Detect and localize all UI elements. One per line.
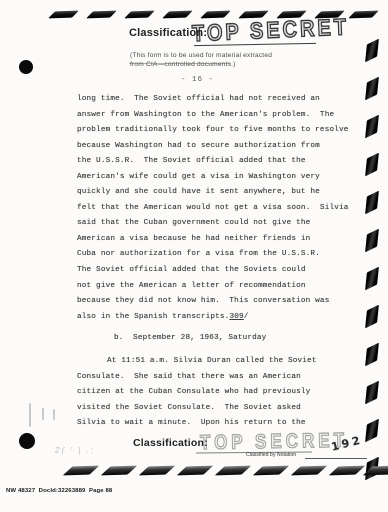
- pencil-mark: [53, 409, 55, 420]
- body-line: problem traditionally took four to five …: [77, 126, 345, 142]
- film-sprocket-mark: [63, 466, 100, 476]
- top-secret-stamp: TOP SECRET: [191, 15, 349, 48]
- film-sprocket-mark: [365, 419, 379, 443]
- body-line: At 11:51 a.m. Silvia Duran called the So…: [77, 357, 345, 373]
- film-sprocket-mark: [348, 11, 379, 19]
- pencil-mark: [42, 408, 44, 420]
- body-line: quickly and she could have it sent anywh…: [77, 188, 345, 204]
- film-sprocket-mark: [86, 11, 117, 19]
- body-paragraph-1: long time. The Soviet official had not r…: [77, 95, 345, 328]
- film-sprocket-mark: [139, 466, 176, 476]
- pencil-mark: [29, 403, 31, 427]
- body-line: felt that the American would not get a v…: [77, 204, 345, 220]
- body-line: Cuba nor authorization for a visa from t…: [77, 250, 345, 266]
- classified-by-label: Classified by Notation: [246, 452, 296, 458]
- hole-punch: [19, 433, 35, 449]
- film-sprocket-mark: [365, 381, 379, 405]
- film-sprocket-mark: [124, 11, 155, 19]
- form-note-line1: (This form is to be used for material ex…: [130, 51, 272, 60]
- film-sprocket-mark: [200, 11, 231, 19]
- archive-microprint: NW 48327 DocId:32263889 Page 88: [6, 488, 112, 493]
- film-sprocket-mark: [365, 267, 379, 291]
- film-sprocket-mark: [177, 466, 214, 476]
- film-sprocket-mark: [238, 11, 269, 19]
- body-line: American a visa because he had neither f…: [77, 235, 345, 251]
- footnote-slash: /: [244, 313, 249, 321]
- film-sprocket-mark: [215, 466, 252, 476]
- film-sprocket-mark: [48, 11, 79, 19]
- classification-label-bottom: Classification:: [133, 437, 208, 449]
- body-line: not give the American a letter of recomm…: [77, 282, 345, 298]
- scan-artifact-line: [129, 63, 231, 64]
- body-line: the U.S.S.R. The Soviet official added t…: [77, 157, 345, 173]
- film-sprocket-mark: [365, 115, 379, 139]
- page-number: - 16 -: [181, 76, 214, 84]
- film-sprocket-mark: [365, 153, 379, 177]
- body-line: because Washington had to secure authori…: [77, 142, 345, 158]
- footnote-reference: 309: [229, 313, 243, 321]
- form-note: (This form is to be used for material ex…: [130, 51, 272, 69]
- section-heading: b. September 28, 1963, Saturday: [114, 334, 266, 342]
- film-sprocket-mark: [162, 11, 193, 19]
- body-line: Consulate. She said that there was an Am…: [77, 373, 345, 389]
- body-line: visited the Soviet Consulate. The Soviet…: [77, 404, 345, 420]
- film-sprocket-mark: [365, 191, 379, 215]
- body-line: The Soviet official added that the Sovie…: [77, 266, 345, 282]
- body-line-text: also in the Spanish transcripts.: [77, 313, 229, 321]
- film-sprocket-mark: [365, 39, 379, 63]
- body-line: because they did not know him. This conv…: [77, 297, 345, 313]
- body-line: American's wife could get a visa in Wash…: [77, 173, 345, 189]
- film-sprocket-mark: [365, 77, 379, 101]
- film-sprocket-mark: [291, 466, 328, 476]
- film-sprocket-mark: [253, 466, 290, 476]
- body-line: long time. The Soviet official had not r…: [77, 95, 345, 111]
- hole-punch: [19, 60, 33, 74]
- film-sprocket-mark: [329, 466, 366, 476]
- form-note-line2: from CIA—controlled documents.): [130, 60, 272, 69]
- body-line: answer from Washington to the American's…: [77, 111, 345, 127]
- film-sprocket-mark: [365, 229, 379, 253]
- handwritten-note: 2( ' | .:: [55, 446, 95, 455]
- film-sprocket-mark: [365, 343, 379, 367]
- body-line: citizen at the Cuban Consulate who had p…: [77, 388, 345, 404]
- film-sprocket-mark: [101, 466, 138, 476]
- classified-by-blank-line: [305, 458, 367, 459]
- scanned-document-page: Classification: TOP SECRET (This form is…: [0, 0, 388, 512]
- body-line: said that the Cuban government could not…: [77, 219, 345, 235]
- film-sprocket-mark: [365, 305, 379, 329]
- body-line-with-footnote: also in the Spanish transcripts.309/: [77, 313, 345, 329]
- body-paragraph-2: At 11:51 a.m. Silvia Duran called the So…: [77, 357, 345, 435]
